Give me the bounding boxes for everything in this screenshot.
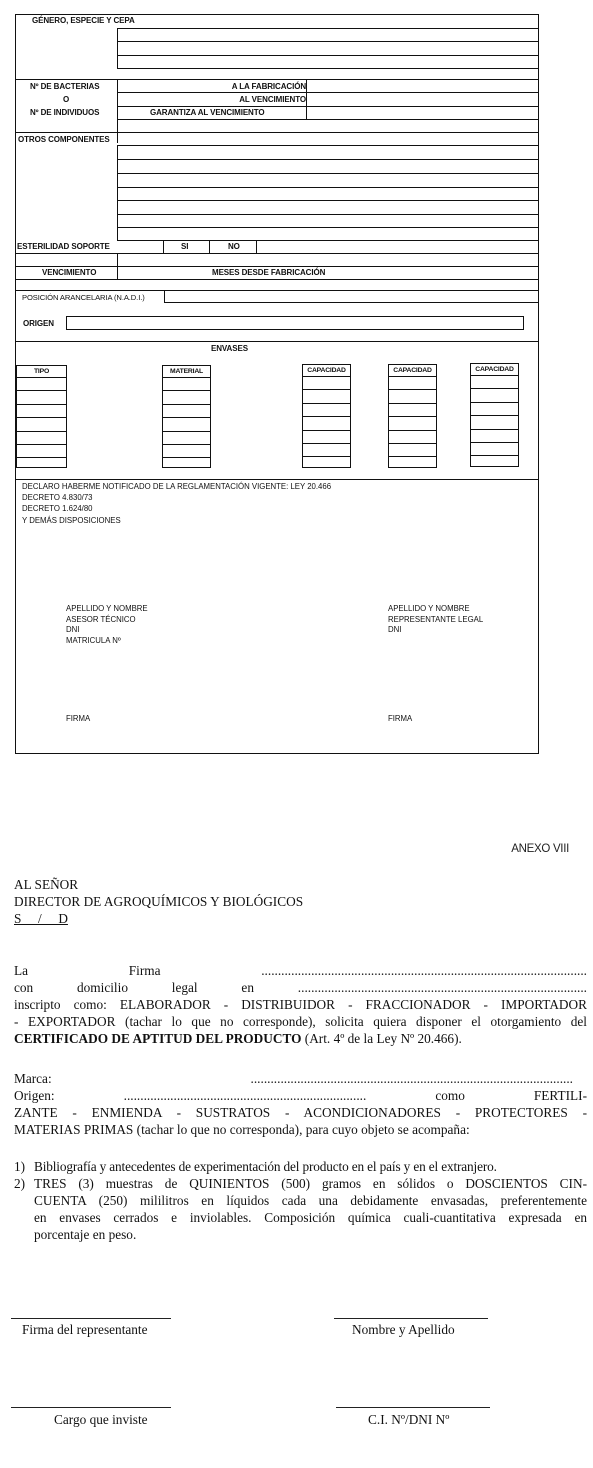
envase-cell[interactable] [163, 458, 210, 471]
item-1-number: 1) [14, 1158, 25, 1175]
envase-cell[interactable] [303, 417, 350, 430]
envase-cell[interactable] [17, 391, 66, 404]
envases-label: ENVASES [211, 344, 248, 353]
envase-cell[interactable] [471, 416, 518, 429]
domicilio-field-line[interactable]: con domicilio legal en .................… [14, 979, 587, 996]
envase-cell[interactable] [303, 404, 350, 417]
envase-cell[interactable] [471, 403, 518, 416]
envase-cell[interactable] [17, 445, 66, 458]
envase-cell[interactable] [163, 405, 210, 418]
item-2-line-1: TRES (3) muestras de QUINIENTOS (500) gr… [34, 1175, 587, 1192]
otros-componentes-field[interactable] [118, 146, 538, 226]
envase-cell[interactable] [17, 378, 66, 391]
firma-field-line[interactable]: La Firma ...............................… [14, 962, 587, 979]
ci-dni-label: C.I. Nº/DNI Nº [368, 1411, 449, 1428]
envase-cell[interactable] [303, 377, 350, 390]
addressee-line-1: AL SEÑOR [14, 876, 78, 893]
envase-cell[interactable] [303, 431, 350, 444]
paragraph-1-line-5: CERTIFICADO DE APTITUD DEL PRODUCTO (Art… [14, 1030, 462, 1047]
envase-column-capacidad-3: CAPACIDAD [470, 363, 519, 467]
envase-cell[interactable] [471, 389, 518, 402]
firma-asesor-label: FIRMA [66, 714, 90, 723]
envase-cell[interactable] [471, 443, 518, 456]
envase-column-capacidad-1: CAPACIDAD [302, 364, 351, 468]
envase-cell[interactable] [303, 444, 350, 457]
bacterias-label: Nº DE BACTERIAS [30, 82, 99, 91]
envase-header: CAPACIDAD [303, 365, 350, 377]
item-1-text: Bibliografía y antecedentes de experimen… [34, 1158, 497, 1175]
paragraph-1-line-3: inscripto como: ELABORADOR - DISTRIBUIDO… [14, 996, 587, 1013]
envase-cell[interactable] [17, 405, 66, 418]
origen-field[interactable] [66, 316, 524, 330]
envase-cell[interactable] [471, 456, 518, 469]
cargo-label: Cargo que inviste [54, 1411, 148, 1428]
addressee-line-2: DIRECTOR DE AGROQUÍMICOS Y BIOLÓGICOS [14, 893, 303, 910]
otros-componentes-label: OTROS COMPONENTES [18, 135, 110, 144]
envase-cell[interactable] [163, 445, 210, 458]
genero-field-3[interactable] [118, 56, 538, 68]
a-la-fabricacion-field[interactable] [308, 80, 538, 92]
garantiza-label: GARANTIZA AL VENCIMIENTO [150, 108, 265, 117]
item-2-line-2: CUENTA (250) mililitros en líquidos cada… [34, 1192, 587, 1209]
envase-column-material: MATERIAL [162, 365, 211, 468]
envase-cell[interactable] [163, 418, 210, 431]
si-option[interactable]: SI [181, 242, 188, 251]
posicion-arancelaria-label: POSICIÓN ARANCELARIA (N.A.D.I.) [22, 293, 145, 302]
envase-column-capacidad-2: CAPACIDAD [388, 364, 437, 468]
item-2-number: 2) [14, 1175, 25, 1192]
envase-cell[interactable] [389, 377, 436, 390]
item-2-line-3: en envases cerrados e inviolables. Compo… [34, 1209, 587, 1226]
a-la-fabricacion-label: A LA FABRICACIÓN [210, 82, 306, 91]
envase-cell[interactable] [389, 417, 436, 430]
envase-cell[interactable] [389, 431, 436, 444]
origen-field-line[interactable]: Origen: ................................… [14, 1087, 587, 1104]
nombre-apellido-label: Nombre y Apellido [352, 1321, 455, 1338]
envase-cell[interactable] [471, 430, 518, 443]
envase-cell[interactable] [471, 376, 518, 389]
envase-cell[interactable] [163, 378, 210, 391]
declaration-text: DECLARO HABERME NOTIFICADO DE LA REGLAME… [22, 481, 331, 526]
asesor-block: APELLIDO Y NOMBRE ASESOR TÉCNICO DNI MAT… [66, 604, 148, 647]
nombre-apellido-line[interactable] [334, 1318, 488, 1319]
envase-header: TIPO [17, 366, 66, 378]
ci-dni-line[interactable] [336, 1407, 490, 1408]
certificado-title: CERTIFICADO DE APTITUD DEL PRODUCTO [14, 1031, 301, 1046]
envase-header: MATERIAL [163, 366, 210, 378]
envase-cell[interactable] [389, 390, 436, 403]
envase-header: CAPACIDAD [389, 365, 436, 377]
envase-cell[interactable] [389, 457, 436, 470]
envase-header: CAPACIDAD [471, 364, 518, 376]
no-option[interactable]: NO [228, 242, 240, 251]
representante-block: APELLIDO Y NOMBRE REPRESENTANTE LEGAL DN… [388, 604, 483, 636]
origen-label: ORIGEN [23, 319, 54, 328]
genero-field-2[interactable] [118, 42, 538, 54]
genero-label: GÉNERO, ESPECIE Y CEPA [32, 16, 135, 25]
genero-field-1[interactable] [118, 29, 538, 41]
meses-label: MESES DESDE FABRICACIÓN [212, 268, 325, 277]
envase-cell[interactable] [303, 457, 350, 470]
envase-cell[interactable] [389, 404, 436, 417]
envase-cell[interactable] [17, 458, 66, 471]
item-2-line-4: porcentaje en peso. [34, 1226, 136, 1243]
envase-cell[interactable] [303, 390, 350, 403]
firma-representante-label: Firma del representante [22, 1321, 148, 1338]
esterilidad-label: ESTERILIDAD SOPORTE [17, 242, 110, 251]
envase-cell[interactable] [17, 418, 66, 431]
cargo-line[interactable] [11, 1407, 171, 1408]
posicion-arancelaria-field[interactable] [166, 291, 538, 302]
sd-line: S / D [14, 910, 68, 927]
envase-cell[interactable] [163, 432, 210, 445]
individuos-label: Nº DE INDIVIDUOS [30, 108, 99, 117]
paragraph-2-line-4: MATERIAS PRIMAS (tachar lo que no corres… [14, 1121, 470, 1138]
al-vencimiento-field[interactable] [308, 93, 538, 105]
paragraph-1-line-4: - EXPORTADOR (tachar lo que no correspon… [14, 1013, 587, 1030]
vencimiento-label: VENCIMIENTO [42, 268, 96, 277]
paragraph-2-line-3: ZANTE - ENMIENDA - SUSTRATOS - ACONDICIO… [14, 1104, 587, 1121]
garantiza-field[interactable] [308, 107, 538, 119]
anexo-title: ANEXO VIII [511, 843, 569, 855]
firma-representante-label: FIRMA [388, 714, 412, 723]
al-vencimiento-label: AL VENCIMIENTO [210, 95, 306, 104]
envase-cell[interactable] [17, 432, 66, 445]
envase-cell[interactable] [389, 444, 436, 457]
envase-column-tipo: TIPO [16, 365, 67, 468]
firma-representante-line[interactable] [11, 1318, 171, 1319]
envase-cell[interactable] [163, 391, 210, 404]
marca-field-line[interactable]: Marca: .................................… [14, 1070, 573, 1087]
bacterias-or-label: O [63, 95, 69, 104]
